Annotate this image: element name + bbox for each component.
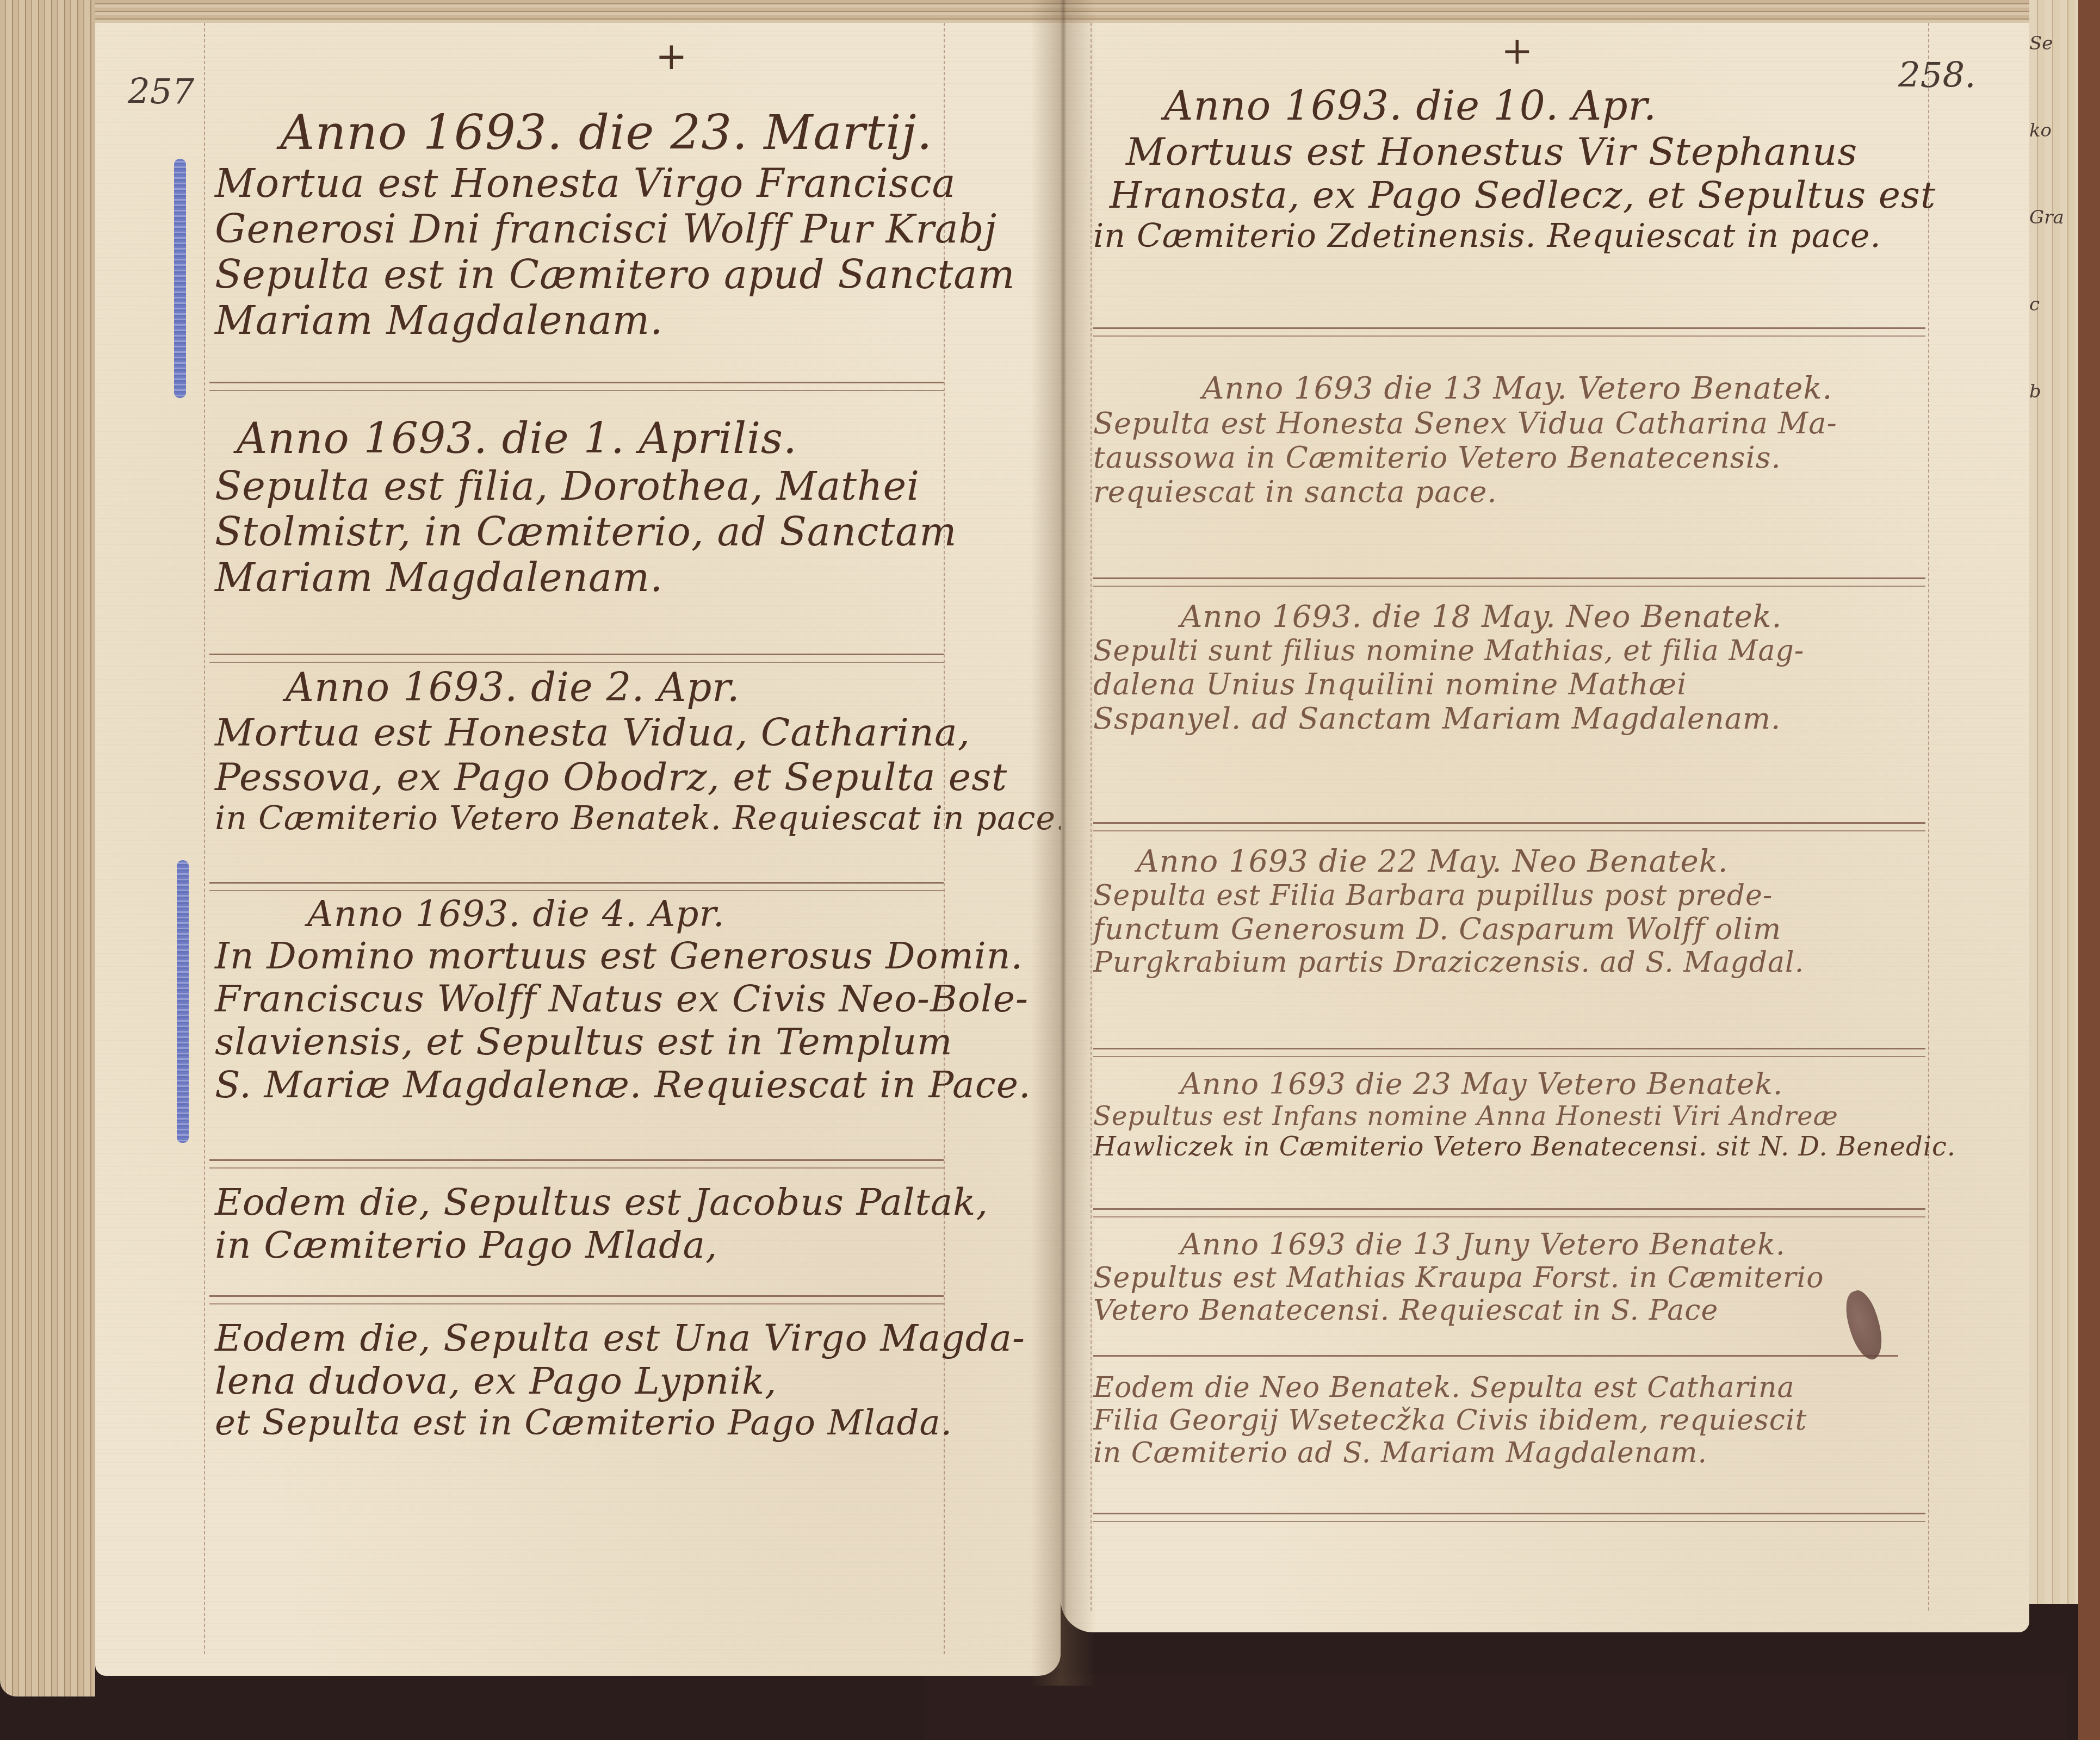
entry-divider	[1093, 327, 1925, 329]
entry-text: Mortua est Honesta Virgo Francisca	[215, 160, 1015, 206]
open-register-book: 257 + Anno 1693. die 23. Martij. Mortua …	[0, 0, 2100, 1740]
leather-cover-edge	[2078, 0, 2100, 1740]
entry-text: Eodem die Neo Benatek. Sepulta est Catha…	[1093, 1371, 1807, 1404]
entry-text: in Cæmiterio Zdetinensis. Requiescat in …	[1093, 217, 1936, 255]
entry-text: et Sepulta est in Cæmiterio Pago Mlada.	[215, 1403, 1025, 1443]
entry-text: in Cæmiterio ad S. Mariam Magdalenam.	[1093, 1437, 1807, 1469]
entry-date: Anno 1693 die 13 Juny Vetero Benatek.	[1180, 1227, 1824, 1261]
entry-text: Mortua est Honesta Vidua, Catharina,	[215, 710, 1067, 755]
entry-text: Mortuus est Honestus Vir Stephanus	[1126, 129, 1936, 174]
blue-pencil-mark	[177, 860, 189, 1143]
burial-entry: Eodem die, Sepultus est Jacobus Paltak, …	[215, 1181, 988, 1267]
burial-entry: Anno 1693. die 2. Apr. Mortua est Honest…	[215, 664, 1067, 837]
next-page-fragment: Se ko Gra c b	[2029, 33, 2078, 685]
burial-entry: Anno 1693. die 10. Apr. Mortuus est Hone…	[1093, 83, 1936, 255]
ink-blot	[1839, 1287, 1889, 1364]
entry-text: Stolmistr, in Cæmiterio, ad Sanctam	[215, 509, 957, 555]
entry-date: Anno 1693. die 23. Martij.	[280, 104, 1015, 160]
entry-date: Anno 1693. die 1. Aprilis.	[237, 414, 957, 463]
margin-fragment: Se	[2029, 33, 2078, 54]
burial-entry: Eodem die Neo Benatek. Sepulta est Catha…	[1093, 1371, 1807, 1469]
right-page: 258. + Anno 1693. die 10. Apr. Mortuus e…	[1061, 23, 2029, 1632]
burial-entry: Anno 1693. die 1. Aprilis. Sepulta est f…	[215, 414, 957, 600]
entry-text: Sepulta est Honesta Senex Vidua Catharin…	[1093, 406, 1837, 440]
blue-pencil-mark	[174, 159, 186, 398]
entry-text: Sepulta est in Cæmitero apud Sanctam	[215, 252, 1015, 297]
entry-divider	[1093, 822, 1925, 824]
entry-text: Sspanyel. ad Sanctam Mariam Magdalenam.	[1093, 701, 1804, 736]
left-margin-rule	[204, 23, 205, 1654]
entry-divider	[209, 882, 944, 884]
entry-text: lena dudova, ex Pago Lypnik,	[215, 1360, 1025, 1403]
entry-text: Pessova, ex Pago Obodrz, et Sepulta est	[215, 755, 1067, 799]
entry-text: slaviensis, et Sepultus est in Templum	[215, 1021, 1031, 1064]
entry-text: In Domino mortuus est Generosus Domin.	[215, 935, 1031, 978]
entry-divider	[1093, 1048, 1925, 1049]
entry-text: Sepulta est filia, Dorothea, Mathei	[215, 463, 957, 509]
right-margin-rule	[1928, 23, 1929, 1611]
entry-text: Purgkrabium partis Draziczensis. ad S. M…	[1093, 946, 1804, 979]
entry-text: dalena Unius Inquilini nomine Mathæi	[1093, 667, 1804, 701]
burial-entry: Anno 1693 die 13 May. Vetero Benatek. Se…	[1093, 371, 1837, 509]
entry-divider	[209, 654, 944, 655]
entry-date: Anno 1693. die 2. Apr.	[286, 664, 1067, 710]
burial-entry: Eodem die, Sepulta est Una Virgo Magda- …	[215, 1317, 1025, 1443]
margin-fragment: c	[2029, 294, 2078, 315]
entry-text: requiescat in sancta pace.	[1093, 475, 1837, 509]
entry-date: Anno 1693 die 23 May Vetero Benatek.	[1180, 1067, 1956, 1101]
entry-text: Eodem die, Sepulta est Una Virgo Magda-	[215, 1317, 1025, 1360]
cross-mark-icon: +	[655, 34, 687, 78]
entry-text: Hawliczek in Cæmiterio Vetero Benatecens…	[1093, 1132, 1956, 1162]
left-page: 257 + Anno 1693. die 23. Martij. Mortua …	[95, 23, 1061, 1676]
entry-text: Franciscus Wolff Natus ex Civis Neo-Bole…	[215, 978, 1031, 1021]
entry-date: Anno 1693 die 13 May. Vetero Benatek.	[1202, 371, 1837, 406]
entry-text: Sepulti sunt filius nomine Mathias, et f…	[1093, 635, 1804, 667]
folio-number: 257	[128, 72, 194, 112]
entry-text: in Cæmiterio Pago Mlada,	[215, 1224, 988, 1267]
entry-divider	[209, 382, 944, 383]
burial-entry: Anno 1693. die 4. Apr. In Domino mortuus…	[215, 893, 1031, 1107]
entry-text: Mariam Magdalenam.	[215, 555, 957, 600]
entry-divider	[1093, 1355, 1898, 1357]
burial-entry: Anno 1693 die 23 May Vetero Benatek. Sep…	[1093, 1067, 1956, 1162]
entry-divider	[1093, 1208, 1925, 1210]
entry-text: in Cæmiterio Vetero Benatek. Requiescat …	[215, 799, 1067, 837]
burial-entry: Anno 1693. die 23. Martij. Mortua est Ho…	[215, 104, 1015, 343]
entry-text: Filia Georgij Wsetecžka Civis ibidem, re…	[1093, 1404, 1807, 1437]
entry-divider	[1093, 1513, 1925, 1514]
burial-entry: Anno 1693. die 18 May. Neo Benatek. Sepu…	[1093, 599, 1804, 736]
entry-date: Anno 1693. die 10. Apr.	[1164, 83, 1936, 129]
entry-date: Anno 1693. die 4. Apr.	[307, 893, 1031, 935]
entry-text: Eodem die, Sepultus est Jacobus Paltak,	[215, 1181, 988, 1224]
margin-fragment: b	[2029, 381, 2078, 402]
entry-text: Vetero Benatecensi. Requiescat in S. Pac…	[1093, 1294, 1824, 1327]
page-block-left-edge	[0, 0, 95, 1696]
margin-fragment: Gra	[2029, 207, 2078, 228]
entry-text: functum Generosum D. Casparum Wolff olim	[1093, 912, 1804, 946]
margin-fragment: ko	[2029, 120, 2078, 141]
entry-date: Anno 1693. die 18 May. Neo Benatek.	[1180, 599, 1804, 635]
burial-entry: Anno 1693 die 22 May. Neo Benatek. Sepul…	[1093, 844, 1804, 979]
entry-text: Sepultus est Mathias Kraupa Forst. in Cæ…	[1093, 1261, 1824, 1294]
entry-text: taussowa in Cæmiterio Vetero Benatecensi…	[1093, 440, 1837, 475]
entry-text: Mariam Magdalenam.	[215, 297, 1015, 343]
entry-text: Sepulta est Filia Barbara pupillus post …	[1093, 879, 1804, 912]
entry-divider	[1093, 577, 1925, 579]
entry-text: Hranosta, ex Pago Sedlecz, et Sepultus e…	[1110, 174, 1936, 217]
entry-text: Generosi Dni francisci Wolff Pur Krabj	[215, 206, 1015, 252]
cross-mark-icon: +	[1501, 28, 1533, 73]
background-cloth	[925, 1675, 2067, 1740]
entry-text: Sepultus est Infans nomine Anna Honesti …	[1093, 1101, 1956, 1132]
burial-entry: Anno 1693 die 13 Juny Vetero Benatek. Se…	[1093, 1227, 1824, 1327]
book-gutter	[1031, 0, 1096, 1686]
entry-date: Anno 1693 die 22 May. Neo Benatek.	[1137, 844, 1804, 879]
entry-divider	[209, 1295, 944, 1297]
entry-divider	[209, 1159, 944, 1161]
entry-text: S. Mariæ Magdalenæ. Requiescat in Pace.	[215, 1064, 1031, 1107]
